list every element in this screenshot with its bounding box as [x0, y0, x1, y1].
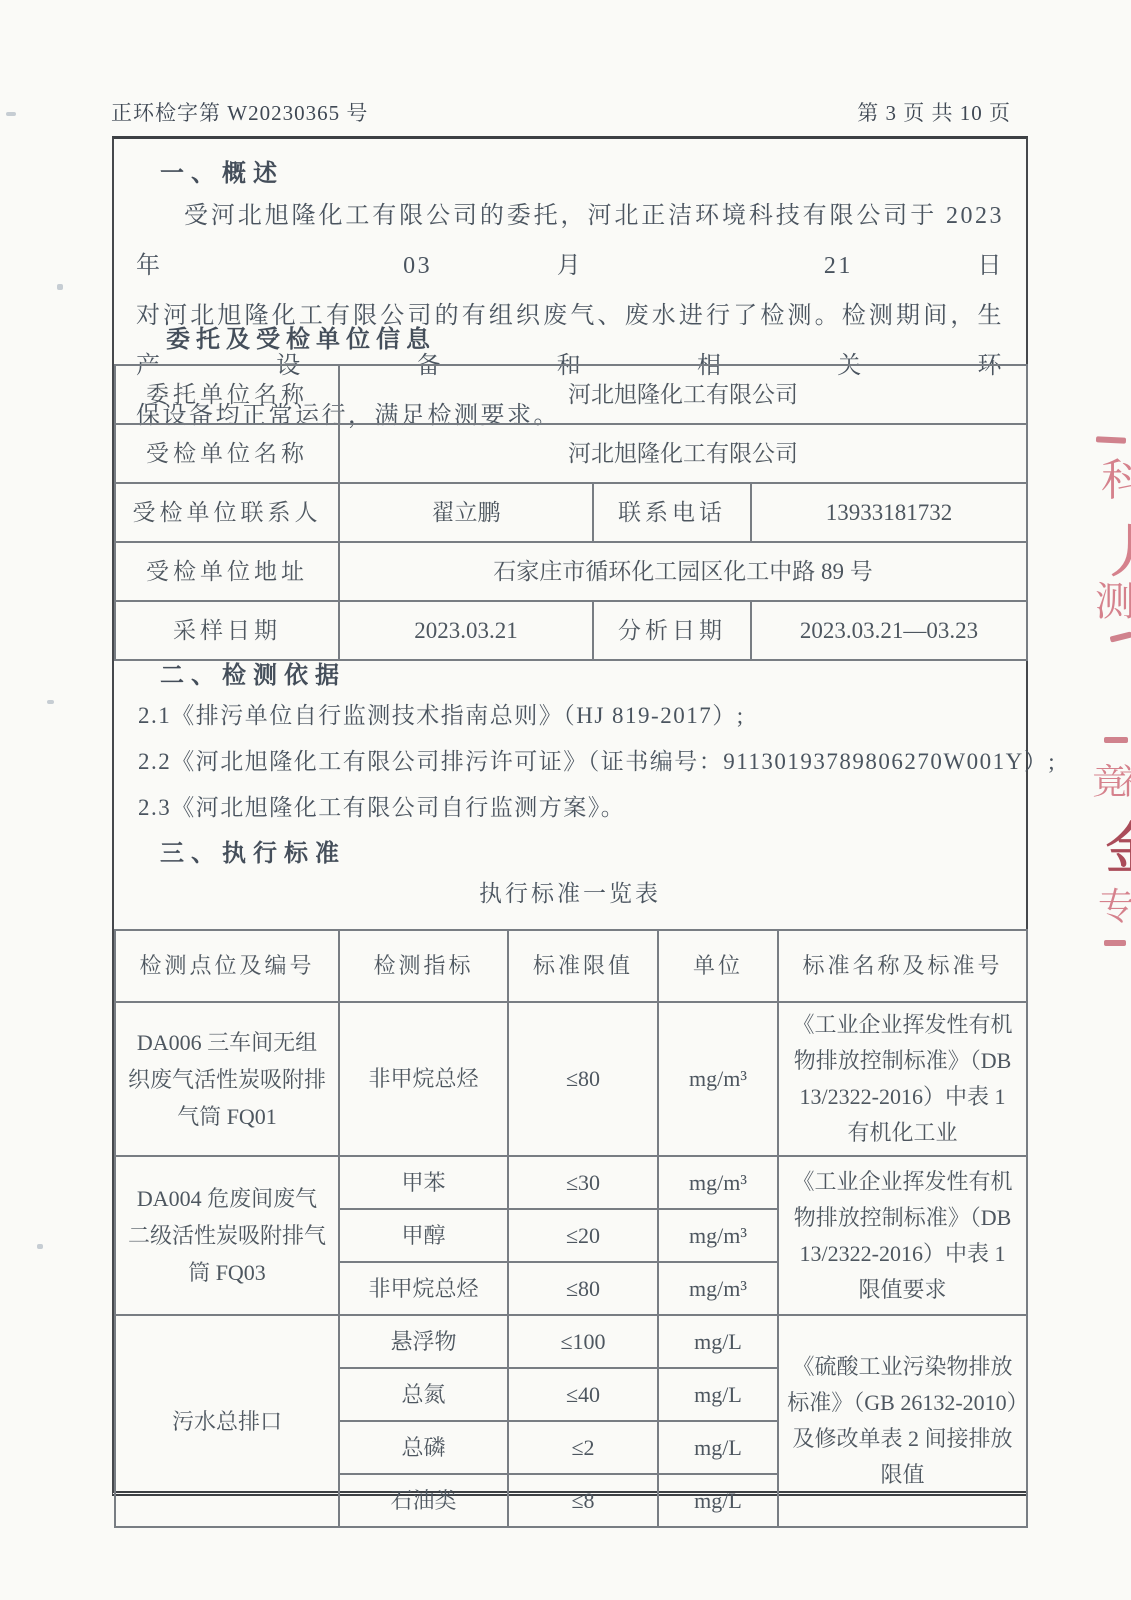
indicator-cell: 非甲烷总烃 — [339, 1262, 508, 1315]
sampling-date-label: 采样日期 — [115, 601, 339, 660]
point-cell: DA004 危废间废气二级活性炭吸附排气筒 FQ03 — [115, 1156, 339, 1315]
standard-cell: 《工业企业挥发性有机物排放控制标准》（DB 13/2322-2016）中表 1 … — [778, 1156, 1027, 1315]
table-row: 污水总排口 悬浮物 ≤100 mg/L 《硫酸工业污染物排放标准》（GB 261… — [115, 1315, 1027, 1368]
unit-cell: mg/L — [658, 1315, 778, 1368]
stamp-character-fragment: 竟 — [1092, 755, 1127, 805]
limit-cell: ≤2 — [508, 1421, 658, 1474]
table-row: DA006 三车间无组织废气活性炭吸附排气筒 FQ01 非甲烷总烃 ≤80 mg… — [115, 1002, 1027, 1156]
col-header-standard: 标准名称及标准号 — [778, 930, 1027, 1002]
table-row: 委托单位名称 河北旭隆化工有限公司 — [115, 365, 1027, 424]
standards-header-row: 检测点位及编号 检测指标 标准限值 单位 标准名称及标准号 — [115, 930, 1027, 1002]
indicator-cell: 石油类 — [339, 1474, 508, 1527]
stamp-emblem-fragment: 金 — [1106, 806, 1131, 883]
limit-cell: ≤40 — [508, 1368, 658, 1421]
stamp-character-fragment: 科 — [1101, 444, 1131, 508]
basis-item: 2.1《排污单位自行监测技术指南总则》（HJ 819-2017）; — [138, 697, 1008, 730]
table-row: 受检单位联系人 翟立鹏 联系电话 13933181732 — [115, 483, 1027, 542]
address-value: 石家庄市循环化工园区化工中路 89 号 — [339, 542, 1027, 601]
table-row: 受检单位地址 石家庄市循环化工园区化工中路 89 号 — [115, 542, 1027, 601]
contact-label: 受检单位联系人 — [115, 483, 339, 542]
scan-speck — [6, 112, 16, 116]
indicator-cell: 总磷 — [339, 1421, 508, 1474]
overview-paragraph-line: 受河北旭隆化工有限公司的委托，河北正洁环境科技有限公司于 2023 年 03 月… — [136, 191, 1004, 291]
unit-cell: mg/L — [658, 1474, 778, 1527]
basis-heading: 二、检测依据 — [160, 655, 346, 690]
indicator-cell: 甲苯 — [339, 1156, 508, 1209]
content-frame: 一、概述 受河北旭隆化工有限公司的委托，河北正洁环境科技有限公司于 2023 年… — [112, 136, 1028, 1496]
stamp-border-fragment — [1110, 631, 1131, 642]
phone-value: 13933181732 — [751, 483, 1027, 542]
unit-cell: mg/L — [658, 1421, 778, 1474]
stamp-border-fragment — [1096, 436, 1126, 444]
limit-cell: ≤80 — [508, 1002, 658, 1156]
address-label: 受检单位地址 — [115, 542, 339, 601]
point-cell: DA006 三车间无组织废气活性炭吸附排气筒 FQ01 — [115, 1002, 339, 1156]
contact-value: 翟立鹏 — [339, 483, 593, 542]
col-header-unit: 单位 — [658, 930, 778, 1002]
sampling-date-value: 2023.03.21 — [339, 601, 593, 660]
limit-cell: ≤8 — [508, 1474, 658, 1527]
stamp-border-fragment — [1104, 940, 1126, 946]
limit-cell: ≤80 — [508, 1262, 658, 1315]
standards-heading: 三、执行标准 — [160, 833, 346, 868]
overview-heading: 一、概述 — [160, 153, 284, 188]
standard-cell: 《硫酸工业污染物排放标准》（GB 26132-2010）及修改单表 2 间接排放… — [778, 1315, 1027, 1527]
analysis-date-label: 分析日期 — [593, 601, 751, 660]
stamp-character-fragment: 礼 — [1119, 755, 1131, 805]
analysis-date-value: 2023.03.21—03.23 — [751, 601, 1027, 660]
standards-table: 检测点位及编号 检测指标 标准限值 单位 标准名称及标准号 DA006 三车间无… — [114, 929, 1028, 1528]
stamp-character-fragment: 丿 — [1100, 508, 1131, 588]
stamp-character-fragment: 专 — [1098, 876, 1131, 930]
unit-cell: mg/m³ — [658, 1002, 778, 1156]
client-name-value: 河北旭隆化工有限公司 — [339, 365, 1027, 424]
table-row: DA004 危废间废气二级活性炭吸附排气筒 FQ03 甲苯 ≤30 mg/m³ … — [115, 1156, 1027, 1209]
client-name-label: 委托单位名称 — [115, 365, 339, 424]
indicator-cell: 总氮 — [339, 1368, 508, 1421]
client-info-table: 委托单位名称 河北旭隆化工有限公司 受检单位名称 河北旭隆化工有限公司 受检单位… — [114, 364, 1028, 661]
limit-cell: ≤30 — [508, 1156, 658, 1209]
standards-table-title: 执行标准一览表 — [114, 875, 1026, 908]
inspected-name-label: 受检单位名称 — [115, 424, 339, 483]
unit-cell: mg/m³ — [658, 1156, 778, 1209]
doc-number: 正环检字第 W20230365 号 — [111, 97, 368, 127]
basis-item: 2.3《河北旭隆化工有限公司自行监测方案》。 — [138, 789, 1008, 822]
col-header-limit: 标准限值 — [508, 930, 658, 1002]
inspected-name-value: 河北旭隆化工有限公司 — [339, 424, 1027, 483]
unit-cell: mg/m³ — [658, 1262, 778, 1315]
phone-label: 联系电话 — [593, 483, 751, 542]
scan-speck — [37, 1244, 43, 1249]
scan-speck — [47, 700, 54, 704]
stamp-border-fragment — [1104, 737, 1128, 743]
point-cell: 污水总排口 — [115, 1315, 339, 1527]
scan-speck — [57, 284, 63, 290]
indicator-cell: 悬浮物 — [339, 1315, 508, 1368]
unit-cell: mg/m³ — [658, 1209, 778, 1262]
col-header-point: 检测点位及编号 — [115, 930, 339, 1002]
unit-cell: mg/L — [658, 1368, 778, 1421]
table-row: 采样日期 2023.03.21 分析日期 2023.03.21—03.23 — [115, 601, 1027, 660]
stamp-character-fragment: 测 — [1095, 570, 1131, 627]
page-indicator: 第 3 页 共 10 页 — [857, 97, 1011, 127]
indicator-cell: 甲醇 — [339, 1209, 508, 1262]
scanned-report-page: { "header": { "doc_number": "正环检字第 W2023… — [0, 0, 1131, 1600]
indicator-cell: 非甲烷总烃 — [339, 1002, 508, 1156]
basis-item: 2.2《河北旭隆化工有限公司排污许可证》（证书编号：91130193789806… — [138, 743, 1008, 776]
limit-cell: ≤20 — [508, 1209, 658, 1262]
col-header-indicator: 检测指标 — [339, 930, 508, 1002]
standard-cell: 《工业企业挥发性有机物排放控制标准》（DB 13/2322-2016）中表 1 … — [778, 1002, 1027, 1156]
client-info-subheading: 委托及受检单位信息 — [166, 319, 436, 354]
limit-cell: ≤100 — [508, 1315, 658, 1368]
table-row: 受检单位名称 河北旭隆化工有限公司 — [115, 424, 1027, 483]
